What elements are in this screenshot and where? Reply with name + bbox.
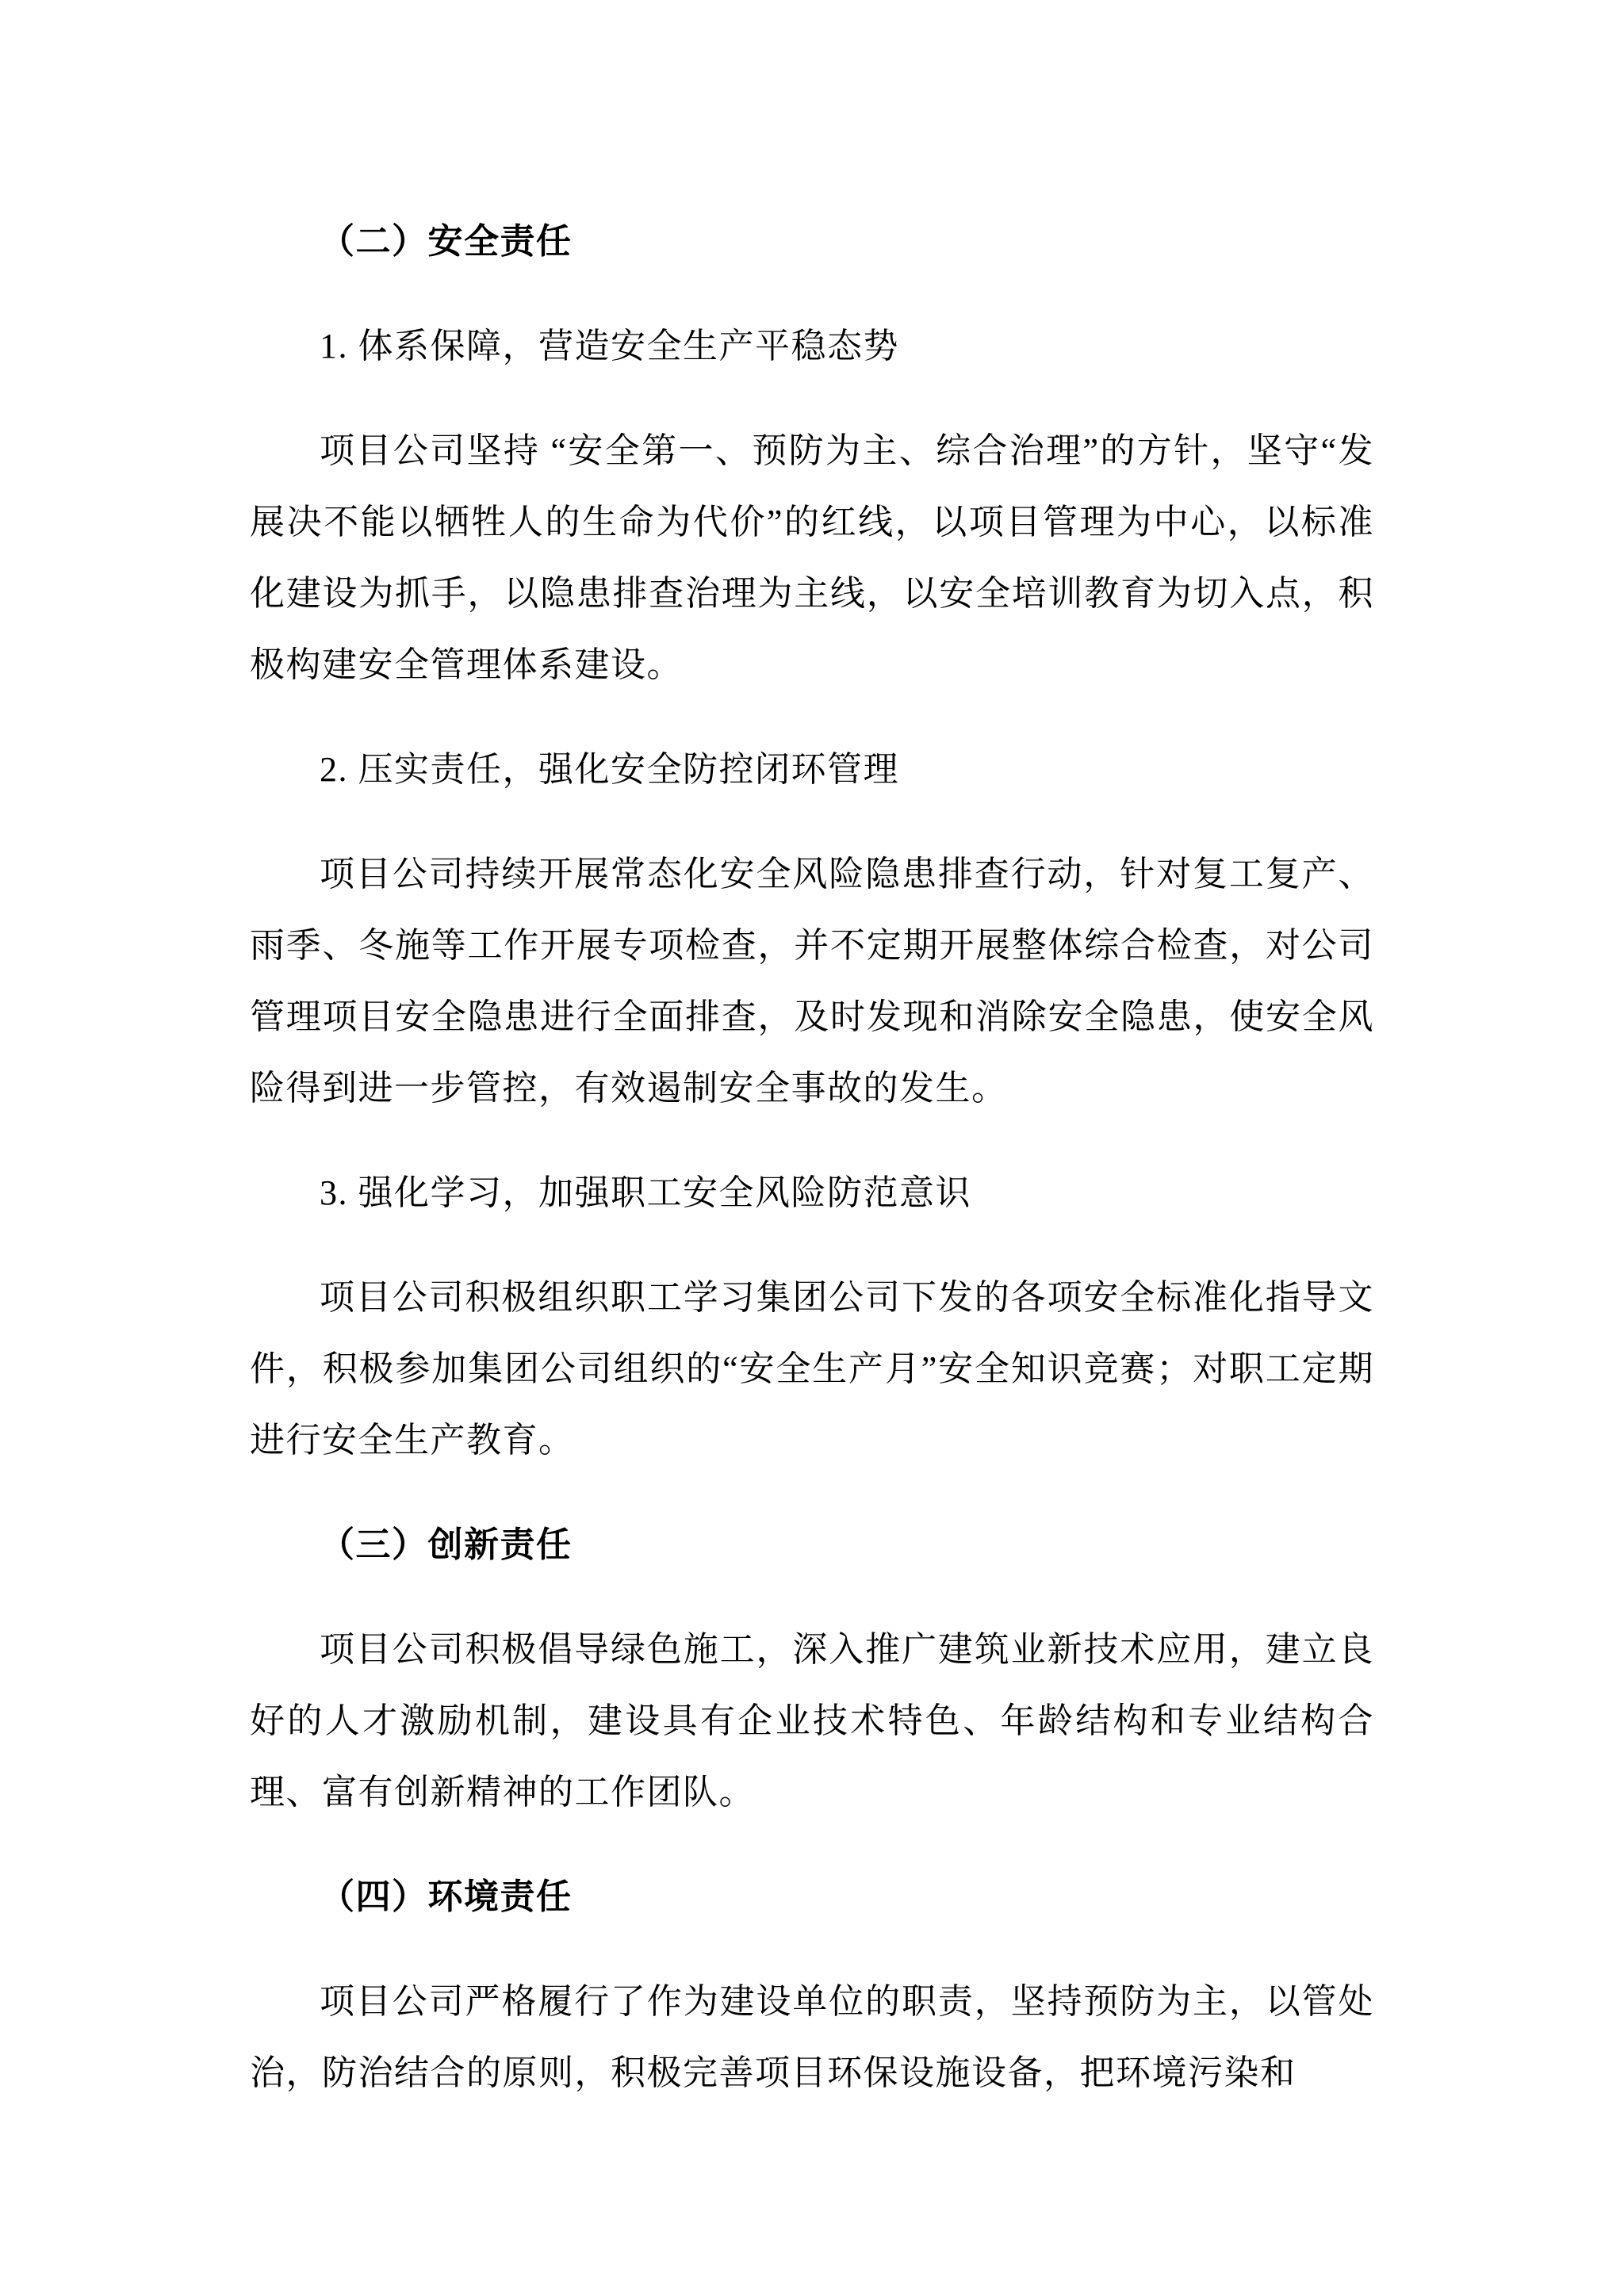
numbered-subheading: 3. 强化学习，加强职工安全风险防范意识 bbox=[250, 1158, 1374, 1229]
document-page: （二）安全责任1. 体系保障，营造安全生产平稳态势项目公司坚持 “安全第一、预防… bbox=[0, 0, 1624, 2296]
body-paragraph: 项目公司积极组织职工学习集团公司下发的各项安全标准化指导文件，积极参加集团公司组… bbox=[250, 1262, 1374, 1476]
numbered-subheading: 2. 压实责任，强化安全防控闭环管理 bbox=[250, 734, 1374, 806]
body-paragraph: 项目公司积极倡导绿色施工，深入推广建筑业新技术应用，建立良好的人才激励机制，建设… bbox=[250, 1614, 1374, 1828]
section-heading: （四）环境责任 bbox=[250, 1862, 1374, 1933]
body-paragraph: 项目公司持续开展常态化安全风险隐患排查行动，针对复工复产、雨季、冬施等工作开展专… bbox=[250, 839, 1374, 1124]
body-paragraph: 项目公司严格履行了作为建设单位的职责，坚持预防为主，以管处治，防治结合的原则，积… bbox=[250, 1966, 1374, 2109]
numbered-subheading: 1. 体系保障，营造安全生产平稳态势 bbox=[250, 311, 1374, 382]
body-paragraph: 项目公司坚持 “安全第一、预防为主、综合治理”的方针，坚守“发展决不能以牺牲人的… bbox=[250, 415, 1374, 701]
section-heading: （二）安全责任 bbox=[250, 206, 1374, 277]
section-heading: （三）创新责任 bbox=[250, 1510, 1374, 1581]
